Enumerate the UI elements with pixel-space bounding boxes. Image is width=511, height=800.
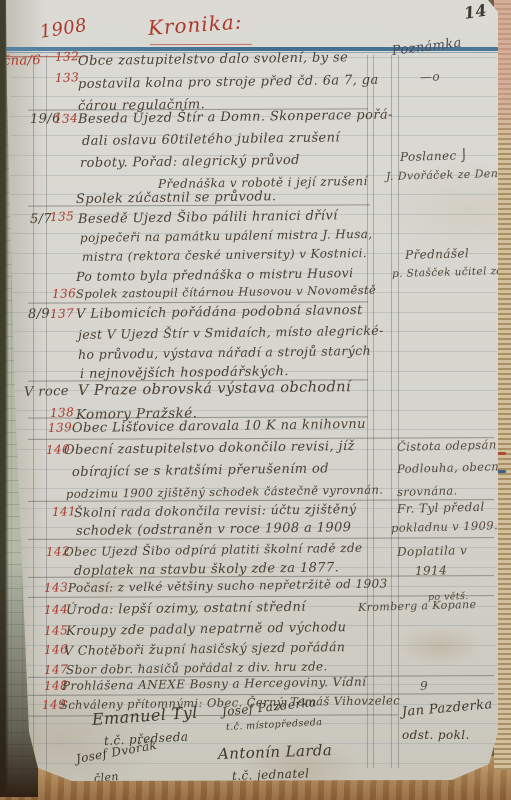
entry-date: V roce bbox=[24, 384, 69, 400]
entry-text-line: dali oslavu 60tiletého jubilea zrušení bbox=[82, 130, 340, 149]
entry-number: 135 bbox=[50, 209, 75, 224]
photo-of-chronicle-page: 1908 Kronika: 14 Poznámka čna/6132133Obc… bbox=[0, 0, 511, 800]
entry-text-line: Školní rada dokončila revisi: účtu zjišt… bbox=[74, 501, 357, 520]
column-line bbox=[391, 55, 392, 768]
signature: t.č. místopředseda bbox=[226, 717, 323, 733]
red-edge-mark bbox=[497, 452, 506, 455]
signature: Antonín Larda bbox=[218, 741, 333, 763]
margin-note-line: Poslanec ⌡ bbox=[400, 148, 468, 164]
entry-number: 136 bbox=[52, 286, 77, 301]
entry-text-line: V Chotěboři župní hasičský sjezd pořádán bbox=[64, 639, 346, 658]
entry-number: 139 bbox=[48, 420, 73, 435]
column-line bbox=[367, 55, 368, 768]
signature: odst. pokl. bbox=[402, 728, 470, 742]
entry-text-line: i nejnovějších hospodářských. bbox=[80, 364, 289, 382]
entry-text-line: jest V Ujezd Štír v Smidaích, místo aleg… bbox=[78, 323, 384, 342]
separator-line bbox=[28, 595, 494, 598]
column-line bbox=[33, 55, 34, 784]
entry-text-line: Obecní zastupitelstvo dokončilo revisi, … bbox=[64, 439, 355, 458]
entry-text-line: postavila kolna pro stroje před čd. 6a 7… bbox=[78, 73, 379, 92]
entry-text-line: Obec Lišťovice darovala 10 K na knihovnu bbox=[72, 417, 366, 436]
margin-note-line: 9 bbox=[420, 679, 428, 693]
margin-note-line: pokladnu v 1909.) bbox=[391, 518, 503, 535]
blue-edge-mark bbox=[497, 470, 506, 473]
margin-note-line: 1914 bbox=[415, 563, 447, 578]
margin-note-line: J. Dvořáček ze Den bbox=[386, 167, 499, 183]
entry-text-line: schodek (odstraněn v roce 1908 a 1909 bbox=[76, 520, 352, 539]
notes-column-header: Poznámka bbox=[391, 36, 462, 59]
margin-note-line: p. Stašček učitel zde bbox=[392, 265, 511, 280]
chronicle-title: Kronika: bbox=[147, 9, 243, 40]
margin-note-line: Přednášel bbox=[405, 246, 470, 262]
entry-text-line: Kroupy zde padaly nepatrně od východu bbox=[66, 620, 347, 639]
margin-note-line: —o bbox=[420, 69, 440, 84]
entry-number: 133 bbox=[55, 70, 80, 85]
margin-note-line: Kromberg a Kopane bbox=[358, 598, 477, 614]
entry-number: 147 bbox=[44, 662, 69, 677]
entry-text-line: Prohlášena ANEXE Bosny a Hercegoviny. Ví… bbox=[62, 675, 367, 693]
entry-number: 134 bbox=[54, 111, 79, 126]
entry-text-line: Počasí: z velké většiny sucho nepřetržit… bbox=[68, 577, 388, 595]
entry-text-line: mistra (rektora české university) v Kost… bbox=[82, 246, 367, 264]
separator-line bbox=[150, 44, 252, 45]
entry-number: 143 bbox=[44, 580, 69, 595]
entry-number: 132 bbox=[55, 49, 80, 64]
entry-number: 138 bbox=[50, 405, 75, 420]
entry-text-line: Beseda Ujezd Štír a Domn. Skonperace poř… bbox=[78, 108, 393, 127]
entry-text-line: V Praze obrovská výstava obchodní bbox=[78, 379, 351, 399]
page-number: 14 bbox=[463, 1, 489, 23]
entry-text-line: podzimu 1900 zjištěný schodek částečně v… bbox=[66, 483, 383, 501]
entry-number: 137 bbox=[50, 306, 75, 321]
entry-number: 145 bbox=[44, 623, 69, 638]
entry-text-line: Obce zastupitelstvo dalo svolení, by se bbox=[78, 50, 348, 69]
year-heading: 1908 bbox=[38, 15, 88, 43]
entry-text-line: Obec Ujezd Šibo odpírá platiti školní ra… bbox=[64, 541, 363, 559]
chronicle-page: 1908 Kronika: 14 Poznámka čna/6132133Obc… bbox=[0, 0, 498, 784]
entry-number: 141 bbox=[52, 504, 77, 519]
column-line bbox=[373, 55, 374, 768]
ruled-line bbox=[10, 96, 497, 97]
signature: Jan Pazderka bbox=[401, 697, 493, 720]
entry-text-line: pojpečeři na památku upálení mistra J. H… bbox=[80, 227, 373, 245]
margin-note-line: srovnána. bbox=[397, 483, 458, 499]
entry-text-line: Po tomto byla přednáška o mistru Husovi bbox=[76, 265, 354, 284]
column-line bbox=[398, 55, 399, 768]
margin-note-line: Čistota odepsán. bbox=[397, 437, 501, 454]
entry-text-line: obírající se s kratšími přerušením od bbox=[72, 461, 329, 480]
entry-text-line: ho průvodu, výstava nářadí a strojů star… bbox=[78, 343, 371, 362]
entry-text-line: Sbor dobr. hasičů pořádal z div. hru zde… bbox=[66, 659, 328, 677]
entry-text-line: Úroda: lepší ozimy, ostatní střední bbox=[66, 600, 306, 618]
entry-text-line: V Libomicích pořádána podobná slavnost bbox=[76, 303, 363, 322]
entry-text-line: Besedě Ujezd Šibo pálili hranici dříví bbox=[78, 208, 338, 227]
margin-note-line: Doplatila v bbox=[397, 543, 468, 559]
margin-note-line: Fr. Tyl předal bbox=[397, 500, 485, 516]
entry-text-line: Spolek zúčastnil se průvodu. bbox=[76, 189, 277, 207]
entry-text-line: Spolek zastoupil čítárnou Husovou v Novo… bbox=[76, 283, 376, 301]
entry-text-line: roboty. Pořad: alegrický průvod bbox=[80, 153, 300, 171]
entry-date: 8/9 bbox=[28, 306, 51, 322]
separator-line bbox=[28, 714, 398, 716]
entry-number: 144 bbox=[44, 602, 69, 617]
margin-note-line: Podlouha, obecní bbox=[397, 459, 503, 476]
entry-date: čna/6 bbox=[3, 53, 41, 69]
